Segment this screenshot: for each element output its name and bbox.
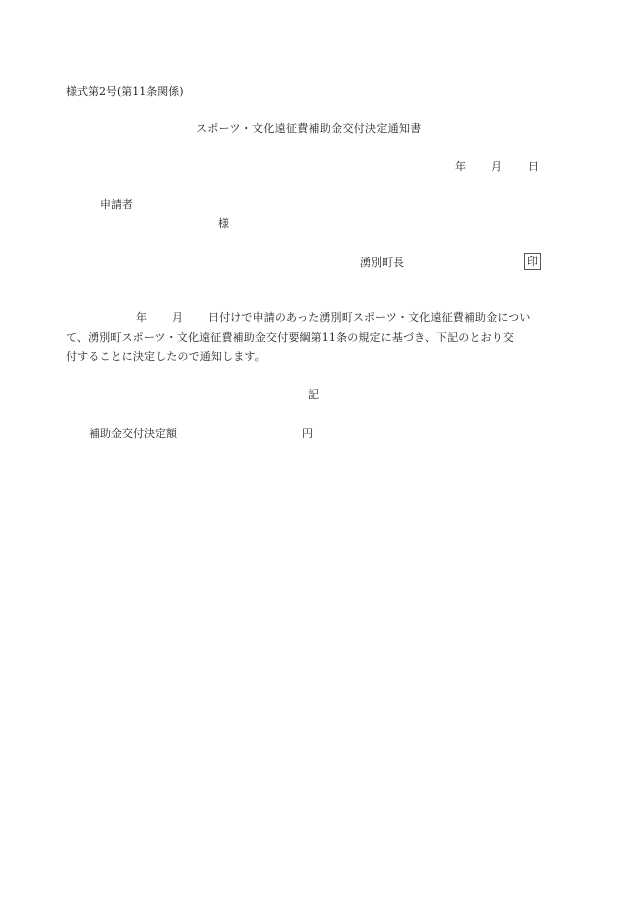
date-day-label: 日 (528, 161, 539, 172)
amount-label: 補助金交付決定額 (89, 428, 177, 439)
ki-heading: 記 (308, 389, 319, 400)
applicant-honorific: 様 (218, 218, 229, 229)
amount-unit: 円 (302, 428, 313, 439)
date-year-label: 年 (455, 161, 466, 172)
seal-icon: 印 (527, 256, 538, 267)
body-line-1-text: 日付けで申請のあった湧別町スポーツ・文化遠征費補助金につい (208, 312, 531, 323)
body-year-label: 年 (136, 312, 147, 323)
body-line-3: 付することに決定したので通知します。 (66, 351, 266, 362)
body-line-2: て、湧別町スポーツ・文化遠征費補助金交付要綱第11条の規定に基づき、下記のとおり… (66, 332, 514, 343)
date-month-label: 月 (491, 161, 502, 172)
seal-box: 印 (524, 253, 541, 270)
applicant-label: 申請者 (100, 199, 133, 210)
body-month-label: 月 (172, 312, 183, 323)
form-number: 様式第2号(第11条関係) (66, 86, 184, 97)
document-title: スポーツ・文化遠征費補助金交付決定通知書 (196, 123, 422, 134)
issuer-name: 湧別町長 (360, 257, 404, 268)
